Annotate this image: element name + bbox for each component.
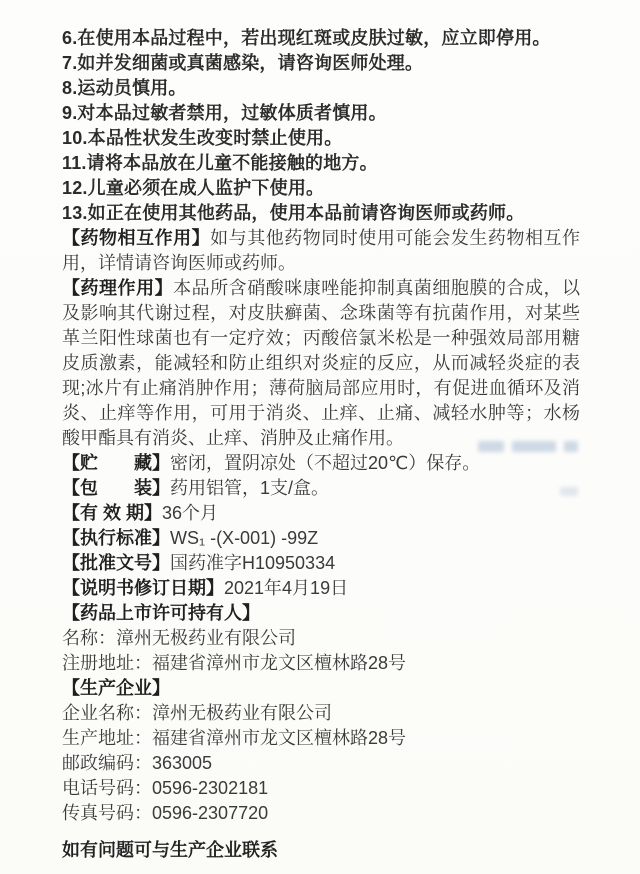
manufacturer-name: 企业名称：漳州无极药业有限公司 <box>62 701 580 726</box>
revision-date-value: 2021年4月19日 <box>224 578 348 598</box>
field-packaging: 【包 装】药用铝管，1支/盒。 <box>62 476 580 501</box>
manufacturer-address: 生产地址：福建省漳州市龙文区檀林路28号 <box>62 726 580 751</box>
standard-label: 【执行标准】 <box>62 528 170 548</box>
pharmacology-section: 【药理作用】本品所含硝酸咪康唑能抑制真菌细胞膜的合成，以及影响其代谢过程，对皮肤… <box>62 276 580 451</box>
license-holder-name: 名称：漳州无极药业有限公司 <box>62 626 580 651</box>
standard-value: WS₁ -(X-001) -99Z <box>170 528 318 548</box>
field-approval-number: 【批准文号】国药准字H10950334 <box>62 551 580 576</box>
manufacturer-label: 【生产企业】 <box>62 678 170 698</box>
approval-number-label: 【批准文号】 <box>62 553 170 573</box>
manufacturer-heading: 【生产企业】 <box>62 676 580 701</box>
shelf-life-value: 36个月 <box>162 503 218 523</box>
manufacturer-fax: 传真号码：0596-2307720 <box>62 801 580 826</box>
field-storage: 【贮 藏】密闭，置阴凉处（不超过20℃）保存。 <box>62 451 580 476</box>
precaution-item-9: 9.对本品过敏者禁用，过敏体质者慎用。 <box>62 101 580 126</box>
approval-number-value: 国药准字H10950334 <box>170 553 335 573</box>
contact-note: 如有问题可与生产企业联系 <box>62 838 580 863</box>
license-holder-label: 【药品上市许可持有人】 <box>62 603 260 623</box>
precaution-item-12: 12.儿童必须在成人监护下使用。 <box>62 176 580 201</box>
manufacturer-phone: 电话号码：0596-2302181 <box>62 776 580 801</box>
drug-interaction-section: 【药物相互作用】如与其他药物同时使用可能会发生药物相互作用，详情请咨询医师或药师… <box>62 226 580 276</box>
revision-date-label: 【说明书修订日期】 <box>62 578 224 598</box>
leaflet-content: 6.在使用本品过程中，若出现红斑或皮肤过敏，应立即停用。 7.如并发细菌或真菌感… <box>62 26 580 863</box>
packaging-label: 【包 装】 <box>62 478 170 498</box>
precaution-item-8: 8.运动员慎用。 <box>62 76 580 101</box>
packaging-value: 药用铝管，1支/盒。 <box>170 478 329 498</box>
license-holder-heading: 【药品上市许可持有人】 <box>62 601 580 626</box>
field-revision-date: 【说明书修订日期】2021年4月19日 <box>62 576 580 601</box>
storage-label: 【贮 藏】 <box>62 453 170 473</box>
leaflet-page: 6.在使用本品过程中，若出现红斑或皮肤过敏，应立即停用。 7.如并发细菌或真菌感… <box>0 0 640 874</box>
pharmacology-label: 【药理作用】 <box>62 278 173 298</box>
precaution-item-13: 13.如正在使用其他药品，使用本品前请咨询医师或药师。 <box>62 201 580 226</box>
drug-interaction-label: 【药物相互作用】 <box>62 228 210 248</box>
shelf-life-label: 【有 效 期】 <box>62 503 162 523</box>
precaution-item-10: 10.本品性状发生改变时禁止使用。 <box>62 126 580 151</box>
license-holder-address: 注册地址：福建省漳州市龙文区檀林路28号 <box>62 651 580 676</box>
field-shelf-life: 【有 效 期】36个月 <box>62 501 580 526</box>
pharmacology-text: 本品所含硝酸咪康唑能抑制真菌细胞膜的合成，以及影响其代谢过程，对皮肤癣菌、念珠菌… <box>62 278 580 448</box>
precaution-item-11: 11.请将本品放在儿童不能接触的地方。 <box>62 151 580 176</box>
field-standard: 【执行标准】WS₁ -(X-001) -99Z <box>62 526 580 551</box>
precaution-item-6: 6.在使用本品过程中，若出现红斑或皮肤过敏，应立即停用。 <box>62 26 580 51</box>
storage-value: 密闭，置阴凉处（不超过20℃）保存。 <box>170 453 480 473</box>
precaution-item-7: 7.如并发细菌或真菌感染，请咨询医师处理。 <box>62 51 580 76</box>
manufacturer-postcode: 邮政编码：363005 <box>62 751 580 776</box>
